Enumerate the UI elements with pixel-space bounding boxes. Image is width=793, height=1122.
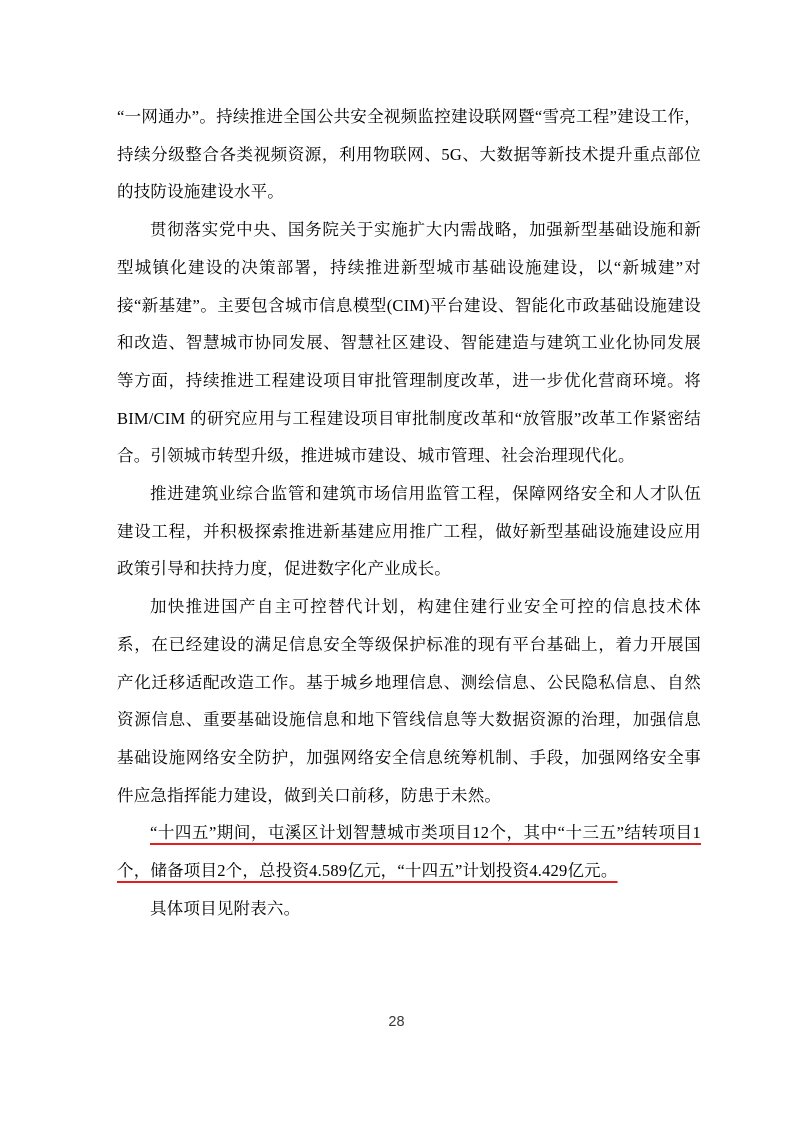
paragraph: 贯彻落实党中央、国务院关于实施扩大内需战略，加强新型基础设施和新型城镇化建设的决… [117, 211, 701, 475]
page-number: 28 [0, 1012, 793, 1032]
highlighted-paragraph: “十四五”期间，屯溪区计划智慧城市类项目12个，其中“十三五”结转项目1个，储备… [117, 814, 701, 889]
paragraph: 具体项目见附表六。 [117, 890, 701, 928]
document-page: “一网通办”。持续推进全国公共安全视频监控建设联网暨“雪亮工程”建设工作，持续分… [0, 0, 793, 1122]
document-body: “一网通办”。持续推进全国公共安全视频监控建设联网暨“雪亮工程”建设工作，持续分… [117, 98, 701, 927]
paragraph: 推进建筑业综合监管和建筑市场信用监管工程，保障网络安全和人才队伍建设工程，并积极… [117, 475, 701, 588]
paragraph: 加快推进国产自主可控替代计划，构建住建行业安全可控的信息技术体系，在已经建设的满… [117, 588, 701, 814]
paragraph-continuation: “一网通办”。持续推进全国公共安全视频监控建设联网暨“雪亮工程”建设工作，持续分… [117, 98, 701, 211]
